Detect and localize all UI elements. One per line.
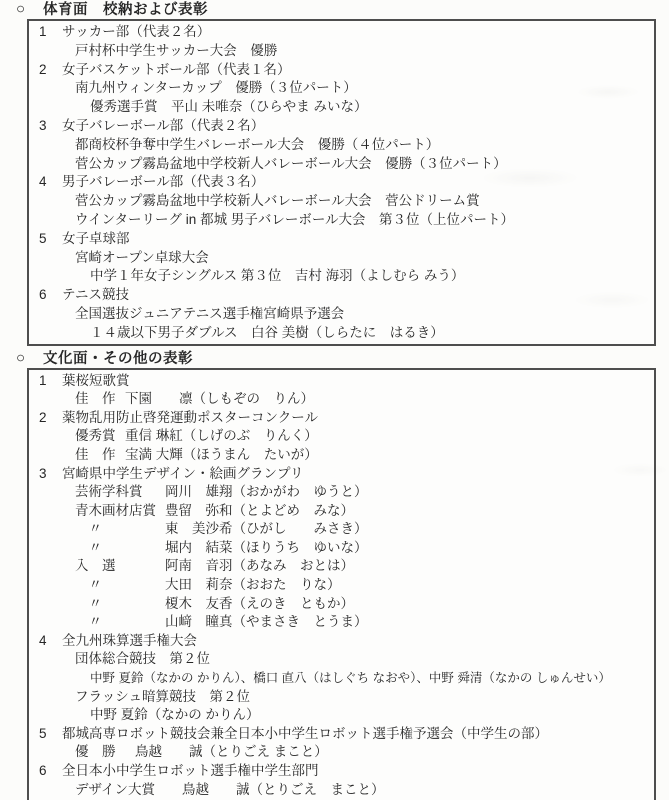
award-box-sports: 1サッカー部（代表２名）戸村杯中学生サッカー大会 優勝2女子バスケットボール部（… — [27, 19, 656, 346]
award-detail-line: 〃榎木 友香（えのき ともか） — [29, 595, 654, 614]
section-heading: ○体育面 校納および表彰 — [0, 0, 669, 18]
item-title: テニス競技 — [62, 286, 129, 305]
scanned-award-document: ○体育面 校納および表彰 1サッカー部（代表２名）戸村杯中学生サッカー大会 優勝… — [0, 0, 669, 800]
award-item-line: 1サッカー部（代表２名） — [29, 23, 654, 42]
recipient-name: 宝満 大輝（ほうまん たいが） — [125, 447, 318, 462]
detail-text-group: 佳 作宝満 大輝（ほうまん たいが） — [75, 446, 318, 465]
detail-text-group: デザイン大賞鳥越 誠（とりごえ まこと） — [75, 781, 385, 800]
detail-text-group: 戸村杯中学生サッカー大会 優勝 — [75, 42, 277, 61]
award-item-line: 6全日本小中学生ロボット選手権中学生部門 — [29, 762, 654, 781]
detail-text-group: 菅公カップ霧島盆地中学校新人バレーボール大会 優勝（３位パート） — [75, 155, 507, 174]
item-number: 5 — [39, 230, 47, 249]
detail-text: 中野 夏鈴（なかの かりん） — [90, 707, 260, 722]
detail-text-group: 全国選抜ジュニアテニス選手権宮崎県予選会 — [75, 305, 344, 324]
recipient-name: 阿南 音羽（あなみ おとは） — [165, 558, 354, 573]
detail-text-group: 中野 夏鈴（なかの かりん）、橋口 直八（はしぐち なおや）、中野 舜清（なかの… — [90, 669, 611, 688]
award-detail-line: 入 選阿南 音羽（あなみ おとは） — [29, 557, 654, 576]
award-detail-line: 佳 作宝満 大輝（ほうまん たいが） — [29, 446, 654, 465]
detail-text: 戸村杯中学生サッカー大会 優勝 — [75, 43, 277, 58]
section-heading-text: 文化面・その他の表彰 — [43, 351, 193, 367]
award-rank-label: 佳 作 — [75, 390, 125, 409]
award-detail-line: デザイン大賞鳥越 誠（とりごえ まこと） — [29, 781, 654, 800]
detail-text-group: 〃東 美沙希（ひがし みさき） — [75, 520, 368, 539]
award-detail-line: 青木画材店賞豊留 弥和（とよどめ みな） — [29, 502, 654, 521]
award-item-line: 4男子バレーボール部（代表３名） — [29, 173, 654, 192]
award-detail-line: フラッシュ暗算競技 第２位 — [29, 688, 654, 707]
circle-bullet: ○ — [16, 350, 33, 366]
award-rank-label: 〃 — [75, 539, 165, 558]
detail-text: 中野 夏鈴（なかの かりん）、橋口 直八（はしぐち なおや）、中野 舜清（なかの… — [90, 671, 611, 685]
item-number: 6 — [39, 762, 47, 781]
award-rank-label: 入 選 — [75, 557, 165, 576]
award-item-line: 3女子バレーボール部（代表２名） — [29, 117, 654, 136]
award-detail-line: 都商校杯争奪中学生バレーボール大会 優勝（４位パート） — [29, 136, 654, 155]
detail-text-group: 〃山﨑 瞳真（やまさき とうま） — [75, 613, 368, 632]
detail-text-group: 芸術学科賞岡川 雄翔（おかがわ ゆうと） — [75, 483, 368, 502]
award-rank-label: 〃 — [75, 613, 165, 632]
item-number: 4 — [39, 173, 47, 192]
detail-text: 菅公カップ霧島盆地中学校新人バレーボール大会 優勝（３位パート） — [75, 156, 507, 171]
award-item-line: 2女子バスケットボール部（代表１名） — [29, 61, 654, 80]
award-detail-line: 南九州ウィンターカップ 優勝（３位パート） — [29, 79, 654, 98]
award-detail-line: 宮崎オープン卓球大会 — [29, 249, 654, 268]
recipient-name: 豊留 弥和（とよどめ みな） — [165, 503, 354, 518]
detail-text-group: 優秀選手賞 平山 未唯奈（ひらやま みいな） — [90, 98, 368, 117]
recipient-name: 岡川 雄翔（おかがわ ゆうと） — [165, 484, 368, 499]
detail-text-group: 〃大田 莉奈（おおた りな） — [75, 576, 341, 595]
award-item-line: 4全九州珠算選手権大会 — [29, 632, 654, 651]
item-title: 女子バレーボール部（代表２名） — [62, 117, 264, 136]
detail-text-group: 中学１年女子シングルス 第３位 吉村 海羽（よしむら みう） — [90, 267, 464, 286]
detail-text: フラッシュ暗算競技 第２位 — [75, 689, 250, 704]
award-rank-label: デザイン大賞 — [75, 781, 182, 800]
award-detail-line: 優 勝鳥越 誠（とりごえ まこと） — [29, 743, 654, 762]
award-detail-line: 全国選抜ジュニアテニス選手権宮崎県予選会 — [29, 305, 654, 324]
detail-text-group: 団体総合競技 第２位 — [75, 650, 210, 669]
detail-text: １４歳以下男子ダブルス 白谷 美樹（しらたに はるき） — [90, 325, 444, 340]
award-detail-line: 〃大田 莉奈（おおた りな） — [29, 576, 654, 595]
award-detail-line: 団体総合競技 第２位 — [29, 650, 654, 669]
item-number: 2 — [39, 61, 47, 80]
recipient-name: 堀内 結菜（ほりうち ゆいな） — [165, 540, 368, 555]
recipient-name: 榎木 友香（えのき ともか） — [165, 596, 354, 611]
item-title: 女子卓球部 — [62, 230, 130, 249]
section-culture-awards: ○文化面・その他の表彰 1葉桜短歌賞佳 作下園 凛（しもぞの りん）2薬物乱用防… — [0, 349, 669, 800]
award-detail-line: 佳 作下園 凛（しもぞの りん） — [29, 390, 654, 409]
item-title: 葉桜短歌賞 — [62, 372, 130, 391]
recipient-name: 東 美沙希（ひがし みさき） — [165, 521, 368, 536]
item-number: 6 — [39, 286, 47, 305]
detail-text-group: フラッシュ暗算競技 第２位 — [75, 688, 250, 707]
recipient-name: 大田 莉奈（おおた りな） — [165, 577, 341, 592]
detail-text: 中学１年女子シングルス 第３位 吉村 海羽（よしむら みう） — [90, 268, 464, 283]
detail-text-group: 入 選阿南 音羽（あなみ おとは） — [75, 557, 354, 576]
award-item-line: 5都城高専ロボット競技会兼全日本小中学生ロボット選手権予選会（中学生の部） — [29, 725, 654, 744]
detail-text-group: 中野 夏鈴（なかの かりん） — [90, 706, 260, 725]
recipient-name: 鳥越 誠（とりごえ まこと） — [182, 782, 385, 797]
recipient-name: 重信 琳紅（しげのぶ りんく） — [125, 428, 318, 443]
detail-text-group: 都商校杯争奪中学生バレーボール大会 優勝（４位パート） — [75, 136, 439, 155]
detail-text: 菅公カップ霧島盆地中学校新人バレーボール大会 菅公ドリーム賞 — [75, 193, 480, 208]
award-item-line: 6テニス競技 — [29, 286, 654, 305]
award-detail-line: 〃堀内 結菜（ほりうち ゆいな） — [29, 539, 654, 558]
item-title: 男子バレーボール部（代表３名） — [62, 173, 264, 192]
award-detail-line: 〃東 美沙希（ひがし みさき） — [29, 520, 654, 539]
item-title: 宮崎県中学生デザイン・絵画グランプリ — [62, 465, 304, 484]
award-detail-line: 戸村杯中学生サッカー大会 優勝 — [29, 42, 654, 61]
award-detail-line: 芸術学科賞岡川 雄翔（おかがわ ゆうと） — [29, 483, 654, 502]
award-detail-line: 中野 夏鈴（なかの かりん） — [29, 706, 654, 725]
recipient-name: 山﨑 瞳真（やまさき とうま） — [165, 614, 368, 629]
item-number: 1 — [39, 23, 47, 42]
award-item-line: 5女子卓球部 — [29, 230, 654, 249]
item-title: 女子バスケットボール部（代表１名） — [62, 61, 291, 80]
item-title: 全日本小中学生ロボット選手権中学生部門 — [62, 762, 319, 781]
item-number: 3 — [39, 465, 47, 484]
detail-text: 都商校杯争奪中学生バレーボール大会 優勝（４位パート） — [75, 137, 439, 152]
award-rank-label: 〃 — [75, 595, 165, 614]
item-title: 全九州珠算選手権大会 — [62, 632, 197, 651]
recipient-name: 下園 凛（しもぞの りん） — [125, 391, 314, 406]
item-title: サッカー部（代表２名） — [62, 23, 210, 42]
item-title: 薬物乱用防止啓発運動ポスターコンクール — [62, 409, 318, 428]
award-rank-label: 芸術学科賞 — [75, 483, 165, 502]
section-heading: ○文化面・その他の表彰 — [0, 349, 669, 367]
detail-text: 南九州ウィンターカップ 優勝（３位パート） — [75, 80, 357, 95]
detail-text: 優秀選手賞 平山 未唯奈（ひらやま みいな） — [90, 99, 368, 114]
award-rank-label: 優秀賞 — [75, 427, 125, 446]
award-item-line: 1葉桜短歌賞 — [29, 372, 654, 391]
section-sports-awards: ○体育面 校納および表彰 1サッカー部（代表２名）戸村杯中学生サッカー大会 優勝… — [0, 0, 669, 346]
award-detail-line: 菅公カップ霧島盆地中学校新人バレーボール大会 菅公ドリーム賞 — [29, 192, 654, 211]
award-rank-label: 青木画材店賞 — [75, 502, 165, 521]
detail-text-group: 菅公カップ霧島盆地中学校新人バレーボール大会 菅公ドリーム賞 — [75, 192, 480, 211]
detail-text: 団体総合競技 第２位 — [75, 651, 210, 666]
award-detail-line: 菅公カップ霧島盆地中学校新人バレーボール大会 優勝（３位パート） — [29, 155, 654, 174]
award-detail-line: 〃山﨑 瞳真（やまさき とうま） — [29, 613, 654, 632]
recipient-name: 鳥越 誠（とりごえ まこと） — [135, 744, 328, 759]
item-number: 3 — [39, 117, 47, 136]
award-rank-label: 佳 作 — [75, 446, 125, 465]
award-detail-line: 中野 夏鈴（なかの かりん）、橋口 直八（はしぐち なおや）、中野 舜清（なかの… — [29, 669, 654, 688]
item-number: 1 — [39, 372, 47, 391]
detail-text: 全国選抜ジュニアテニス選手権宮崎県予選会 — [75, 306, 344, 321]
award-detail-line: ウインターリーグ in 都城 男子バレーボール大会 第３位（上位パート） — [29, 211, 654, 230]
circle-bullet: ○ — [16, 2, 33, 18]
award-detail-line: １４歳以下男子ダブルス 白谷 美樹（しらたに はるき） — [29, 324, 654, 343]
detail-text-group: 南九州ウィンターカップ 優勝（３位パート） — [75, 79, 357, 98]
award-box-culture: 1葉桜短歌賞佳 作下園 凛（しもぞの りん）2薬物乱用防止啓発運動ポスターコンク… — [27, 368, 656, 800]
award-item-line: 2薬物乱用防止啓発運動ポスターコンクール — [29, 409, 654, 428]
item-number: 4 — [39, 632, 47, 651]
award-rank-label: 〃 — [75, 520, 165, 539]
award-item-line: 3宮崎県中学生デザイン・絵画グランプリ — [29, 465, 654, 484]
detail-text-group: 〃堀内 結菜（ほりうち ゆいな） — [75, 539, 368, 558]
detail-text: ウインターリーグ in 都城 男子バレーボール大会 第３位（上位パート） — [75, 212, 514, 227]
detail-text-group: 宮崎オープン卓球大会 — [75, 249, 209, 268]
item-title: 都城高専ロボット競技会兼全日本小中学生ロボット選手権予選会（中学生の部） — [62, 725, 548, 744]
award-detail-line: 優秀賞重信 琳紅（しげのぶ りんく） — [29, 427, 654, 446]
detail-text-group: 優 勝鳥越 誠（とりごえ まこと） — [75, 743, 328, 762]
award-detail-line: 優秀選手賞 平山 未唯奈（ひらやま みいな） — [29, 98, 654, 117]
award-detail-line: 中学１年女子シングルス 第３位 吉村 海羽（よしむら みう） — [29, 267, 654, 286]
award-rank-label: 優 勝 — [75, 743, 135, 762]
detail-text-group: 佳 作下園 凛（しもぞの りん） — [75, 390, 314, 409]
award-rank-label: 〃 — [75, 576, 165, 595]
detail-text-group: 〃榎木 友香（えのき ともか） — [75, 595, 354, 614]
item-number: 5 — [39, 725, 47, 744]
detail-text-group: 優秀賞重信 琳紅（しげのぶ りんく） — [75, 427, 318, 446]
detail-text: 宮崎オープン卓球大会 — [75, 250, 209, 265]
item-number: 2 — [39, 409, 47, 428]
detail-text-group: 青木画材店賞豊留 弥和（とよどめ みな） — [75, 502, 354, 521]
detail-text-group: ウインターリーグ in 都城 男子バレーボール大会 第３位（上位パート） — [75, 211, 514, 230]
detail-text-group: １４歳以下男子ダブルス 白谷 美樹（しらたに はるき） — [90, 324, 444, 343]
section-heading-text: 体育面 校納および表彰 — [43, 2, 208, 18]
